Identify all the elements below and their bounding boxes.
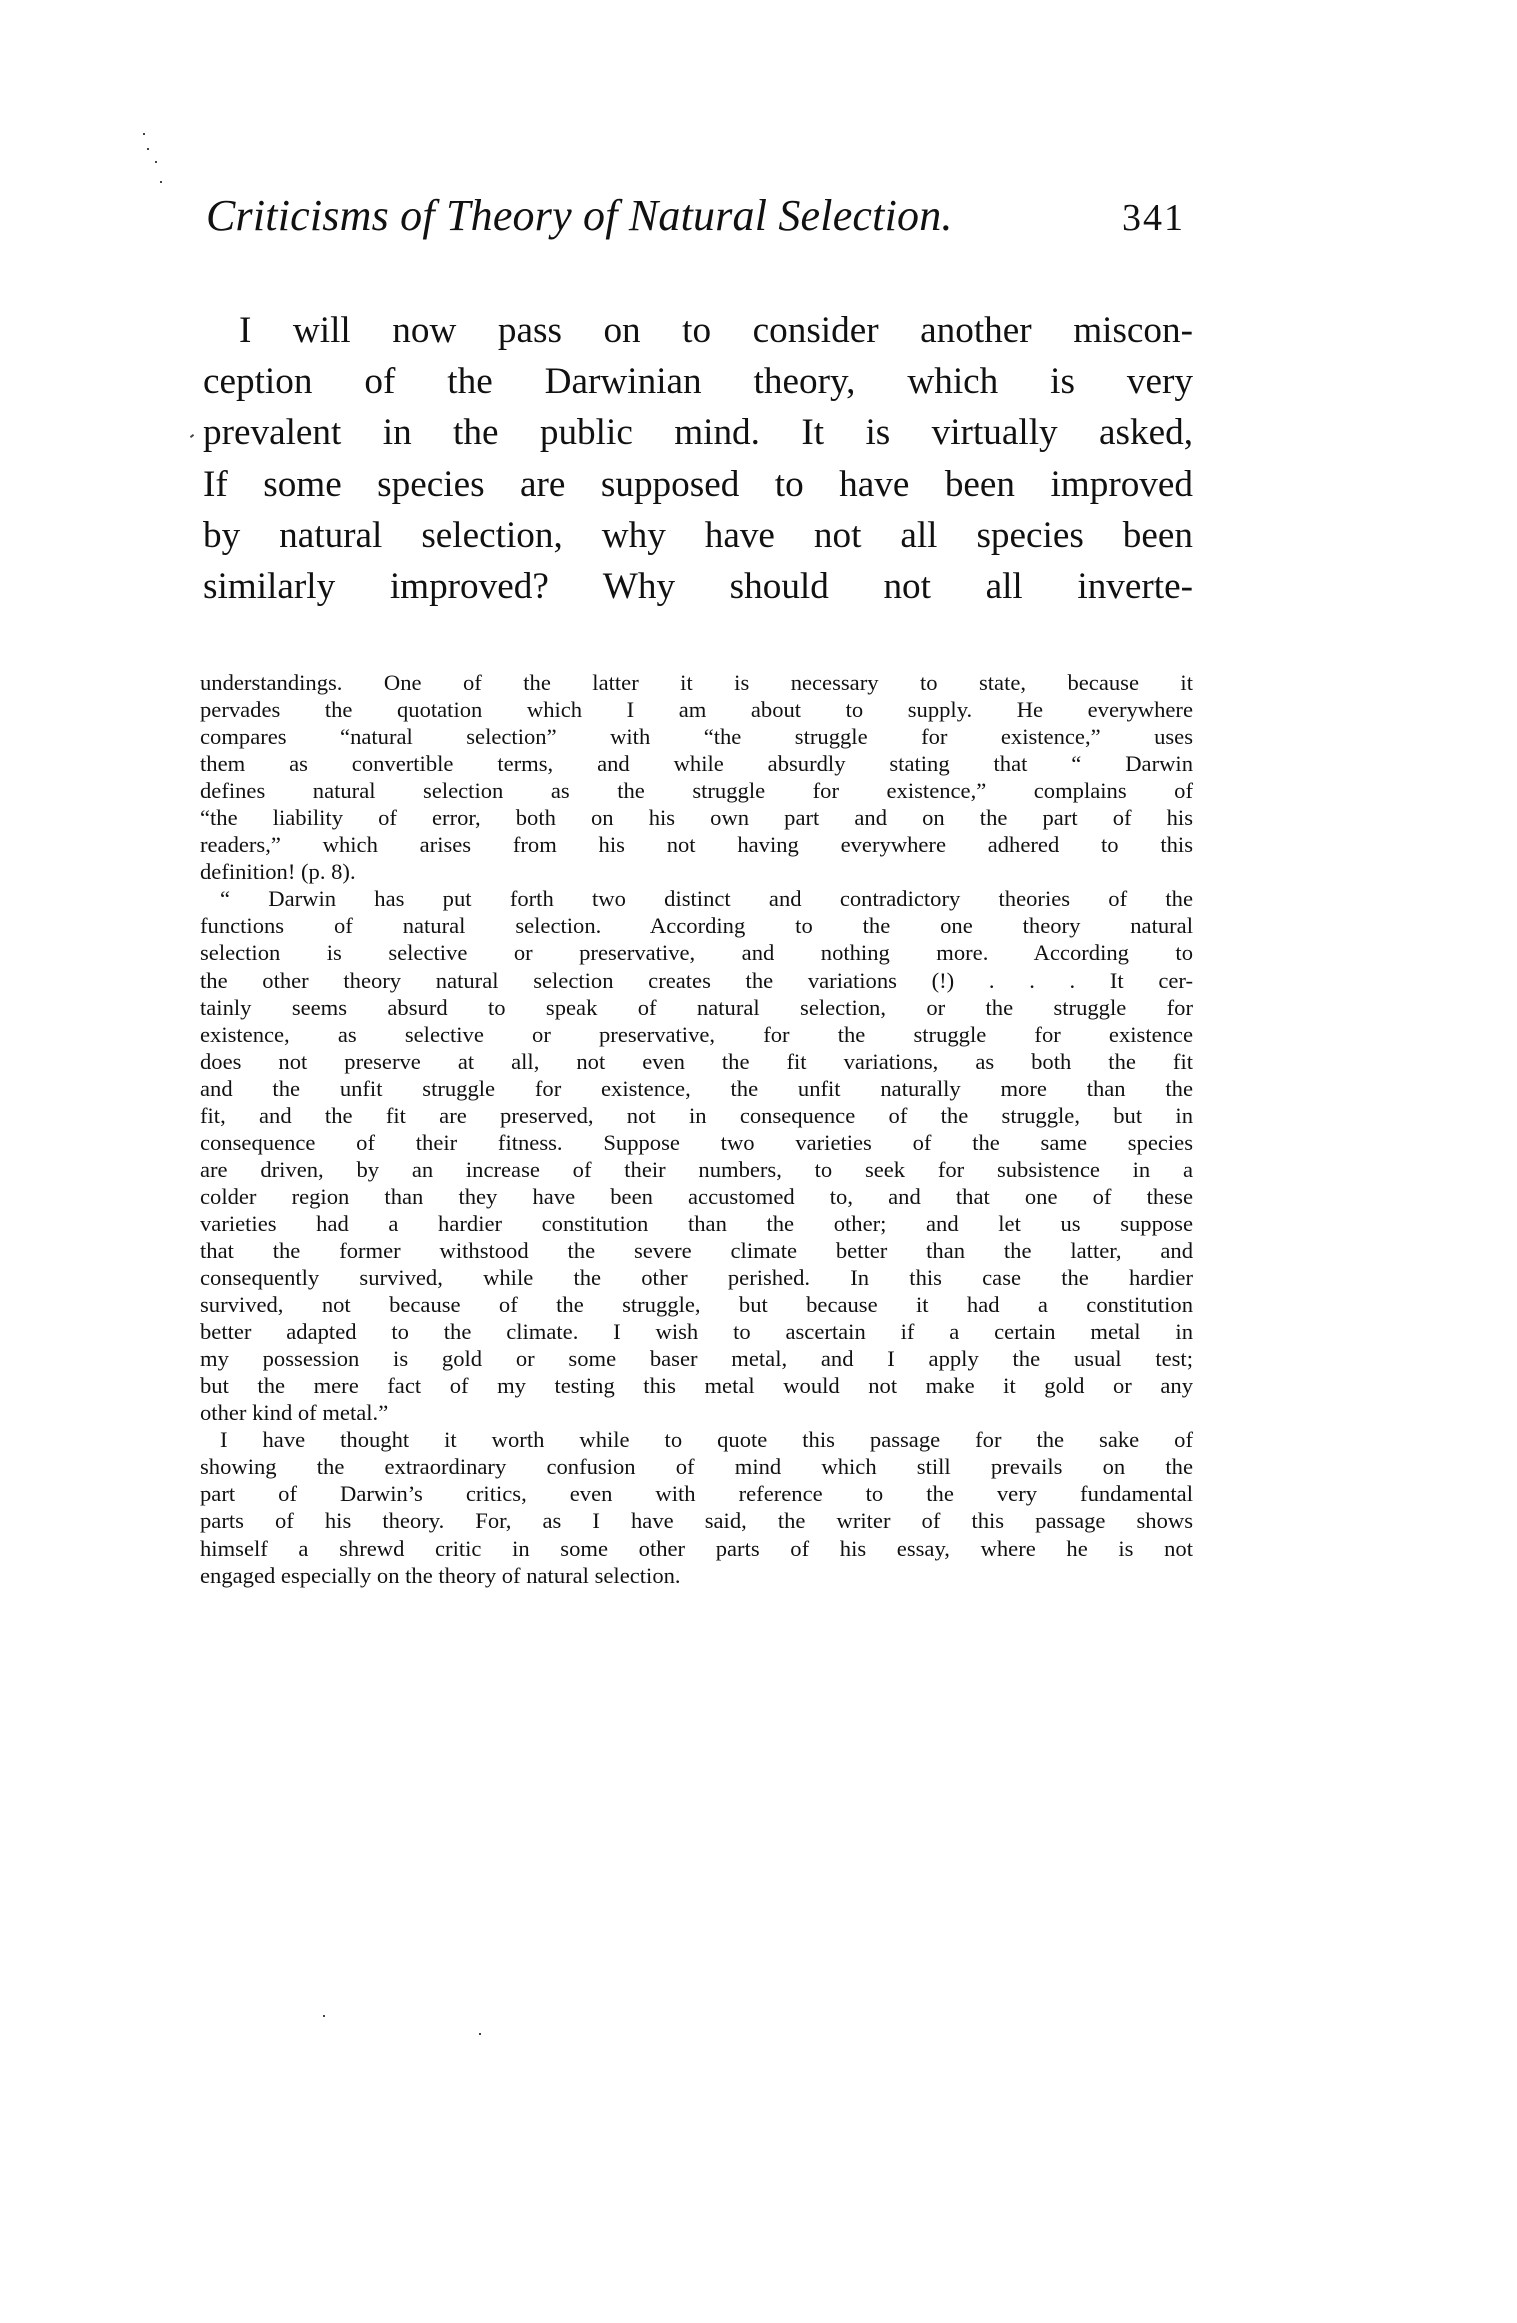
footnote-line: colder region than they have been accust…: [200, 1183, 1193, 1210]
footnote-line: part of Darwin’s critics, even with refe…: [200, 1480, 1193, 1507]
footnote-line: other kind of metal.”: [200, 1399, 1193, 1426]
main-line: prevalent in the public mind. It is virt…: [203, 407, 1193, 458]
main-line: similarly improved? Why should not all i…: [203, 561, 1193, 612]
book-page: Criticisms of Theory of Natural Selectio…: [0, 0, 1517, 2323]
main-line: ception of the Darwinian theory, which i…: [203, 356, 1193, 407]
footnote-line: understandings. One of the latter it is …: [200, 669, 1193, 696]
footnote-line: pervades the quotation which I am about …: [200, 696, 1193, 723]
footnote-line: definition! (p. 8).: [200, 858, 1193, 885]
footnote-line: compares “natural selection” with “the s…: [200, 723, 1193, 750]
footnote-line: and the unfit struggle for existence, th…: [200, 1075, 1193, 1102]
footnote-line: does not preserve at all, not even the f…: [200, 1048, 1193, 1075]
footnote-line: I have thought it worth while to quote t…: [200, 1426, 1193, 1453]
footnote-line: readers,” which arises from his not havi…: [200, 831, 1193, 858]
scan-speck: [323, 2015, 325, 2017]
footnote-line: defines natural selection as the struggl…: [200, 777, 1193, 804]
footnote-line: engaged especially on the theory of natu…: [200, 1562, 1193, 1589]
footnote-line: parts of his theory. For, as I have said…: [200, 1507, 1193, 1534]
running-head-title: Criticisms of Theory of Natural Selectio…: [206, 190, 953, 241]
footnote-block: understandings. One of the latter it is …: [200, 669, 1193, 1589]
scan-speck: [143, 133, 145, 135]
footnote-line: are driven, by an increase of their numb…: [200, 1156, 1193, 1183]
footnote-line: existence, as selective or preservative,…: [200, 1021, 1193, 1048]
scan-speck: [147, 148, 149, 150]
footnote-paragraph-2: “ Darwin has put forth two distinct and …: [200, 885, 1193, 1426]
footnote-line: fit, and the fit are preserved, not in c…: [200, 1102, 1193, 1129]
footnote-line: “ Darwin has put forth two distinct and …: [200, 885, 1193, 912]
footnote-line: functions of natural selection. Accordin…: [200, 912, 1193, 939]
main-line: If some species are supposed to have bee…: [203, 459, 1193, 510]
footnote-line: selection is selective or preservative, …: [200, 939, 1193, 966]
scan-speck: [160, 181, 162, 183]
footnote-line: tainly seems absurd to speak of natural …: [200, 994, 1193, 1021]
footnote-line: my possession is gold or some baser meta…: [200, 1345, 1193, 1372]
page-number: 341: [1122, 196, 1191, 240]
footnote-line: survived, not because of the struggle, b…: [200, 1291, 1193, 1318]
footnote-line: better adapted to the climate. I wish to…: [200, 1318, 1193, 1345]
footnote-line: but the mere fact of my testing this met…: [200, 1372, 1193, 1399]
running-head: Criticisms of Theory of Natural Selectio…: [206, 190, 1191, 246]
footnote-line: “the liability of error, both on his own…: [200, 804, 1193, 831]
footnote-line: consequently survived, while the other p…: [200, 1264, 1193, 1291]
footnote-line: them as convertible terms, and while abs…: [200, 750, 1193, 777]
main-line: by natural selection, why have not all s…: [203, 510, 1193, 561]
footnote-paragraph-3: I have thought it worth while to quote t…: [200, 1426, 1193, 1588]
scan-speck: [155, 161, 157, 163]
scan-speck: [479, 2033, 481, 2035]
scan-speck: [190, 434, 194, 438]
footnote-line: that the former withstood the severe cli…: [200, 1237, 1193, 1264]
main-line: I will now pass on to consider another m…: [203, 305, 1193, 356]
footnote-line: varieties had a hardier constitution tha…: [200, 1210, 1193, 1237]
footnote-line: consequence of their fitness. Suppose tw…: [200, 1129, 1193, 1156]
footnote-line: himself a shrewd critic in some other pa…: [200, 1535, 1193, 1562]
main-paragraph: I will now pass on to consider another m…: [203, 305, 1193, 612]
footnote-line: the other theory natural selection creat…: [200, 967, 1193, 994]
footnote-line: showing the extraordinary confusion of m…: [200, 1453, 1193, 1480]
footnote-paragraph-1: understandings. One of the latter it is …: [200, 669, 1193, 885]
